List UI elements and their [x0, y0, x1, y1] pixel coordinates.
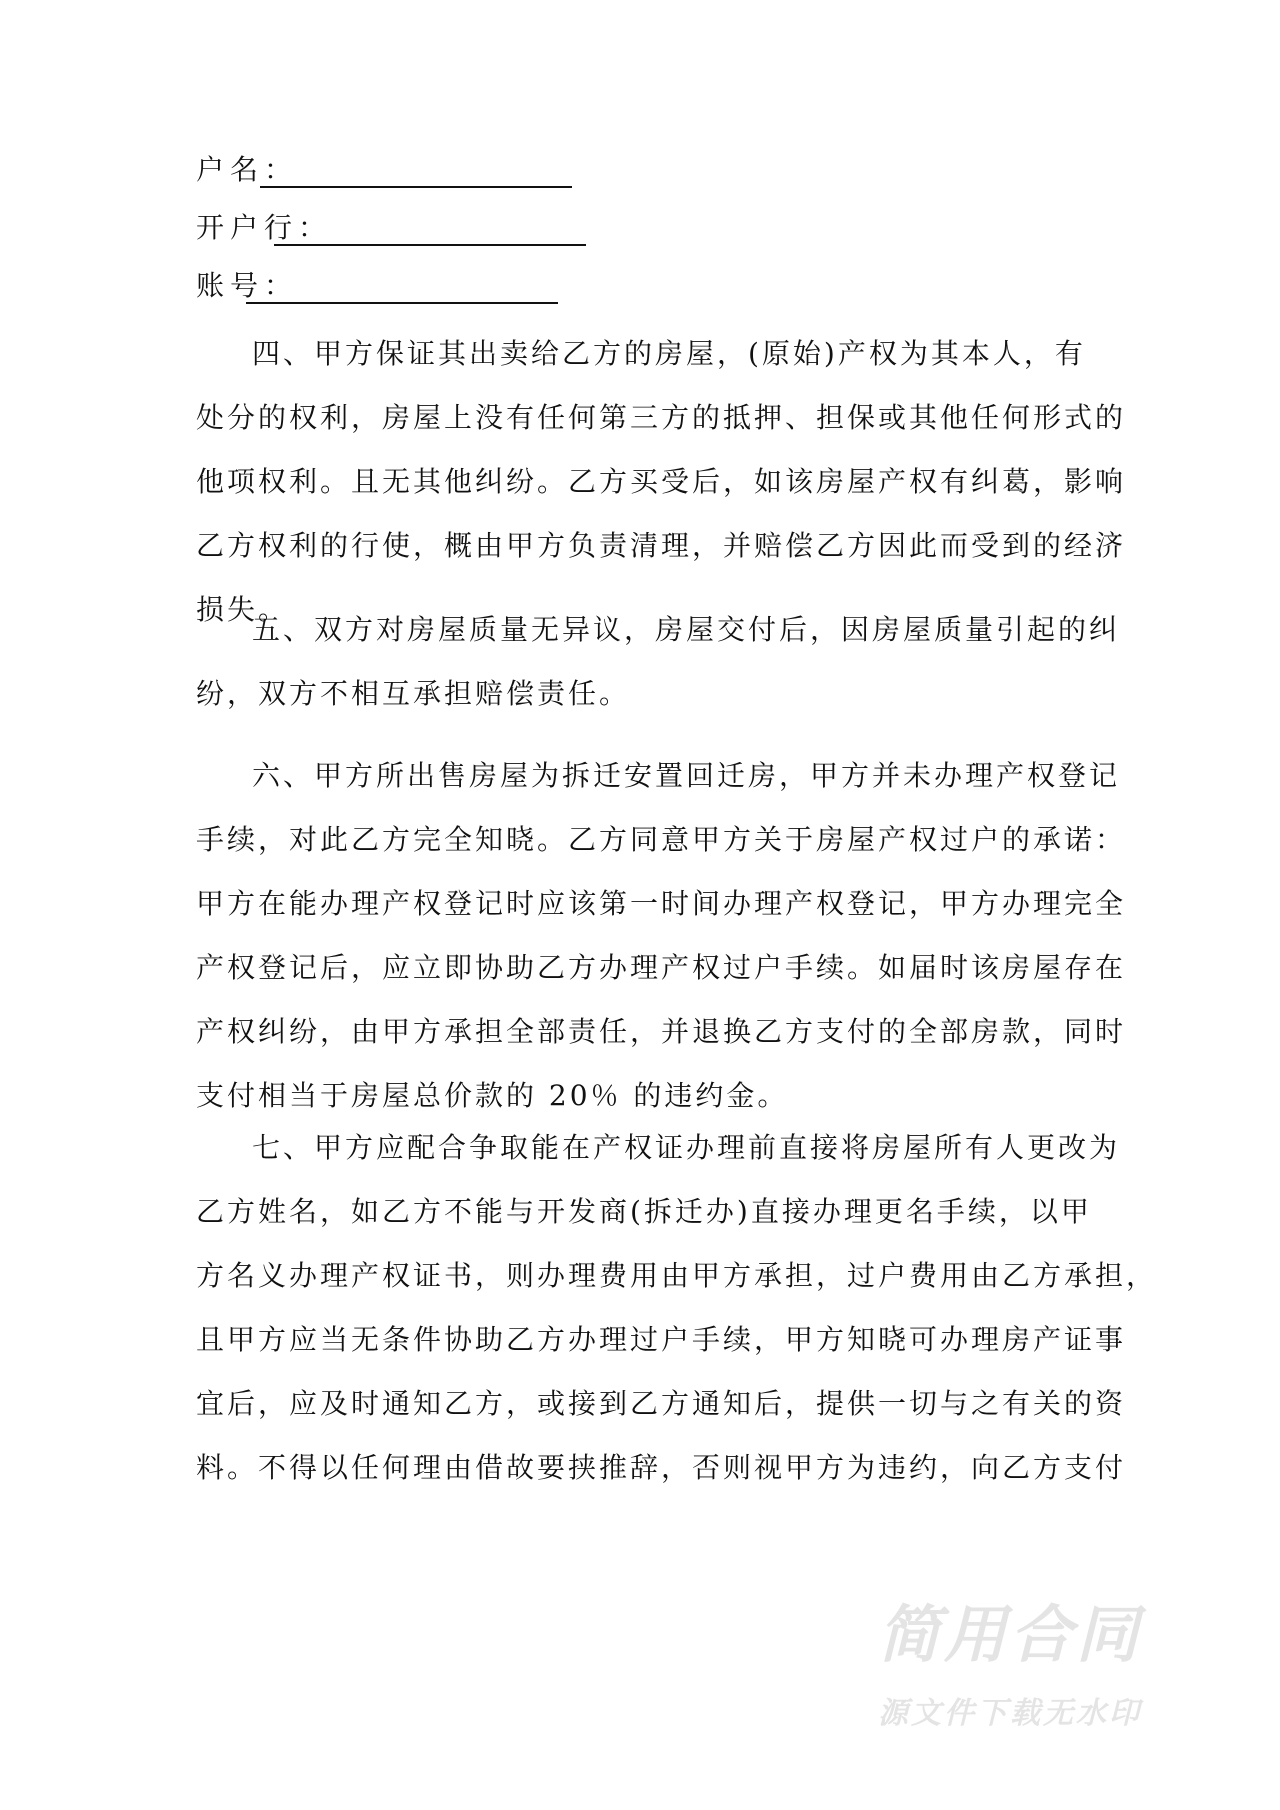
account-number-field: 账号： — [196, 266, 298, 306]
bank-label: 开户行： — [196, 211, 332, 244]
document-page: 户名： 开户行： 账号： 四、甲方保证其出卖给乙方的房屋，(原始)产权为其本人，… — [0, 0, 1280, 1810]
clause-line: 他项权利。且无其他纠纷。乙方买受后，如该房屋产权有纠葛，影响 — [196, 450, 1084, 514]
clause-5: 五、双方对房屋质量无异议，房屋交付后，因房屋质量引起的纠 纷，双方不相互承担赔偿… — [196, 598, 1084, 726]
account-name-label: 户名： — [196, 153, 298, 186]
clause-line: 且甲方应当无条件协助乙方办理过户手续，甲方知晓可办理房产证事 — [196, 1308, 1084, 1372]
clause-line: 五、双方对房屋质量无异议，房屋交付后，因房屋质量引起的纠 — [196, 598, 1084, 662]
clause-line: 乙方姓名，如乙方不能与开发商(拆迁办)直接办理更名手续，以甲 — [196, 1180, 1084, 1244]
account-number-label: 账号： — [196, 269, 298, 302]
clause-line: 七、甲方应配合争取能在产权证办理前直接将房屋所有人更改为 — [196, 1116, 1084, 1180]
account-number-blank-line — [246, 302, 558, 304]
watermark-title: 简用合同 — [878, 1600, 1198, 1670]
clause-line: 手续，对此乙方完全知晓。乙方同意甲方关于房屋产权过户的承诺： — [196, 808, 1084, 872]
clause-line: 纷，双方不相互承担赔偿责任。 — [196, 662, 1084, 726]
clause-line: 甲方在能办理产权登记时应该第一时间办理产权登记，甲方办理完全 — [196, 872, 1084, 936]
clause-6: 六、甲方所出售房屋为拆迁安置回迁房，甲方并未办理产权登记 手续，对此乙方完全知晓… — [196, 744, 1084, 1128]
account-name-field: 户名： — [196, 150, 298, 190]
clause-line: 宜后，应及时通知乙方，或接到乙方通知后，提供一切与之有关的资 — [196, 1372, 1084, 1436]
clause-line: 料。不得以任何理由借故要挟推辞，否则视甲方为违约，向乙方支付 — [196, 1436, 1084, 1500]
clause-line: 产权纠纷，由甲方承担全部责任，并退换乙方支付的全部房款，同时 — [196, 1000, 1084, 1064]
clause-line: 产权登记后，应立即协助乙方办理产权过户手续。如届时该房屋存在 — [196, 936, 1084, 1000]
watermark-subtitle: 源文件下载无水印 — [878, 1692, 1198, 1736]
clause-line: 方名义办理产权证书，则办理费用由甲方承担，过户费用由乙方承担， — [196, 1244, 1084, 1308]
bank-blank-line — [274, 244, 586, 246]
clause-line: 乙方权利的行使，概由甲方负责清理，并赔偿乙方因此而受到的经济 — [196, 514, 1084, 578]
clause-line: 处分的权利，房屋上没有任何第三方的抵押、担保或其他任何形式的 — [196, 386, 1084, 450]
account-name-blank-line — [260, 186, 572, 188]
clause-4: 四、甲方保证其出卖给乙方的房屋，(原始)产权为其本人，有 处分的权利，房屋上没有… — [196, 322, 1084, 642]
clause-7: 七、甲方应配合争取能在产权证办理前直接将房屋所有人更改为 乙方姓名，如乙方不能与… — [196, 1116, 1084, 1500]
watermark: 简用合同 源文件下载无水印 — [878, 1600, 1198, 1736]
bank-field: 开户行： — [196, 208, 332, 248]
clause-line: 六、甲方所出售房屋为拆迁安置回迁房，甲方并未办理产权登记 — [196, 744, 1084, 808]
clause-line: 四、甲方保证其出卖给乙方的房屋，(原始)产权为其本人，有 — [196, 322, 1084, 386]
